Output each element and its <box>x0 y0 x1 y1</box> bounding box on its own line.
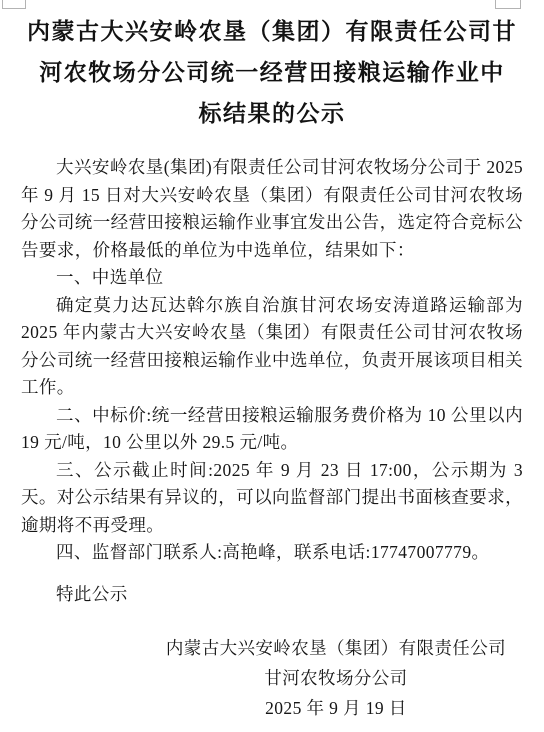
closing-statement: 特此公示 <box>21 581 523 609</box>
title-line-2: 河农牧场分公司统一经营田接粮运输作业中 <box>0 52 544 93</box>
signature-block: 内蒙古大兴安岭农垦（集团）有限责任公司 甘河农牧场分公司 2025 年 9 月 … <box>166 633 506 723</box>
paragraph-section1-heading: 一、中选单位 <box>21 264 523 292</box>
corner-mark-left <box>2 0 26 9</box>
paragraph-section1-body: 确定莫力达瓦达斡尔族自治旗甘河农场安涛道路运输部为 2025 年内蒙古大兴安岭农… <box>21 292 523 402</box>
document-page: 内蒙古大兴安岭农垦（集团）有限责任公司甘 河农牧场分公司统一经营田接粮运输作业中… <box>0 0 544 732</box>
corner-mark-right <box>495 0 521 9</box>
title-line-3: 标结果的公示 <box>0 93 544 134</box>
signature-company-line1: 内蒙古大兴安岭农垦（集团）有限责任公司 <box>166 633 506 663</box>
document-title: 内蒙古大兴安岭农垦（集团）有限责任公司甘 河农牧场分公司统一经营田接粮运输作业中… <box>0 0 544 134</box>
paragraph-section3-deadline: 三、公示截止时间:2025 年 9 月 23 日 17:00，公示期为 3 天。… <box>21 457 523 540</box>
document-body: 大兴安岭农垦(集团)有限责任公司甘河农牧场分公司于 2025 年 9 月 15 … <box>21 154 523 608</box>
signature-company-line2: 甘河农牧场分公司 <box>166 663 506 693</box>
title-line-1: 内蒙古大兴安岭农垦（集团）有限责任公司甘 <box>0 11 544 52</box>
paragraph-section4-contact: 四、监督部门联系人:高艳峰，联系电话:17747007779。 <box>21 539 523 567</box>
paragraph-section2-price: 二、中标价:统一经营田接粮运输服务费价格为 10 公里以内 19 元/吨，10 … <box>21 402 523 457</box>
signature-date: 2025 年 9 月 19 日 <box>166 693 506 723</box>
paragraph-intro: 大兴安岭农垦(集团)有限责任公司甘河农牧场分公司于 2025 年 9 月 15 … <box>21 154 523 264</box>
